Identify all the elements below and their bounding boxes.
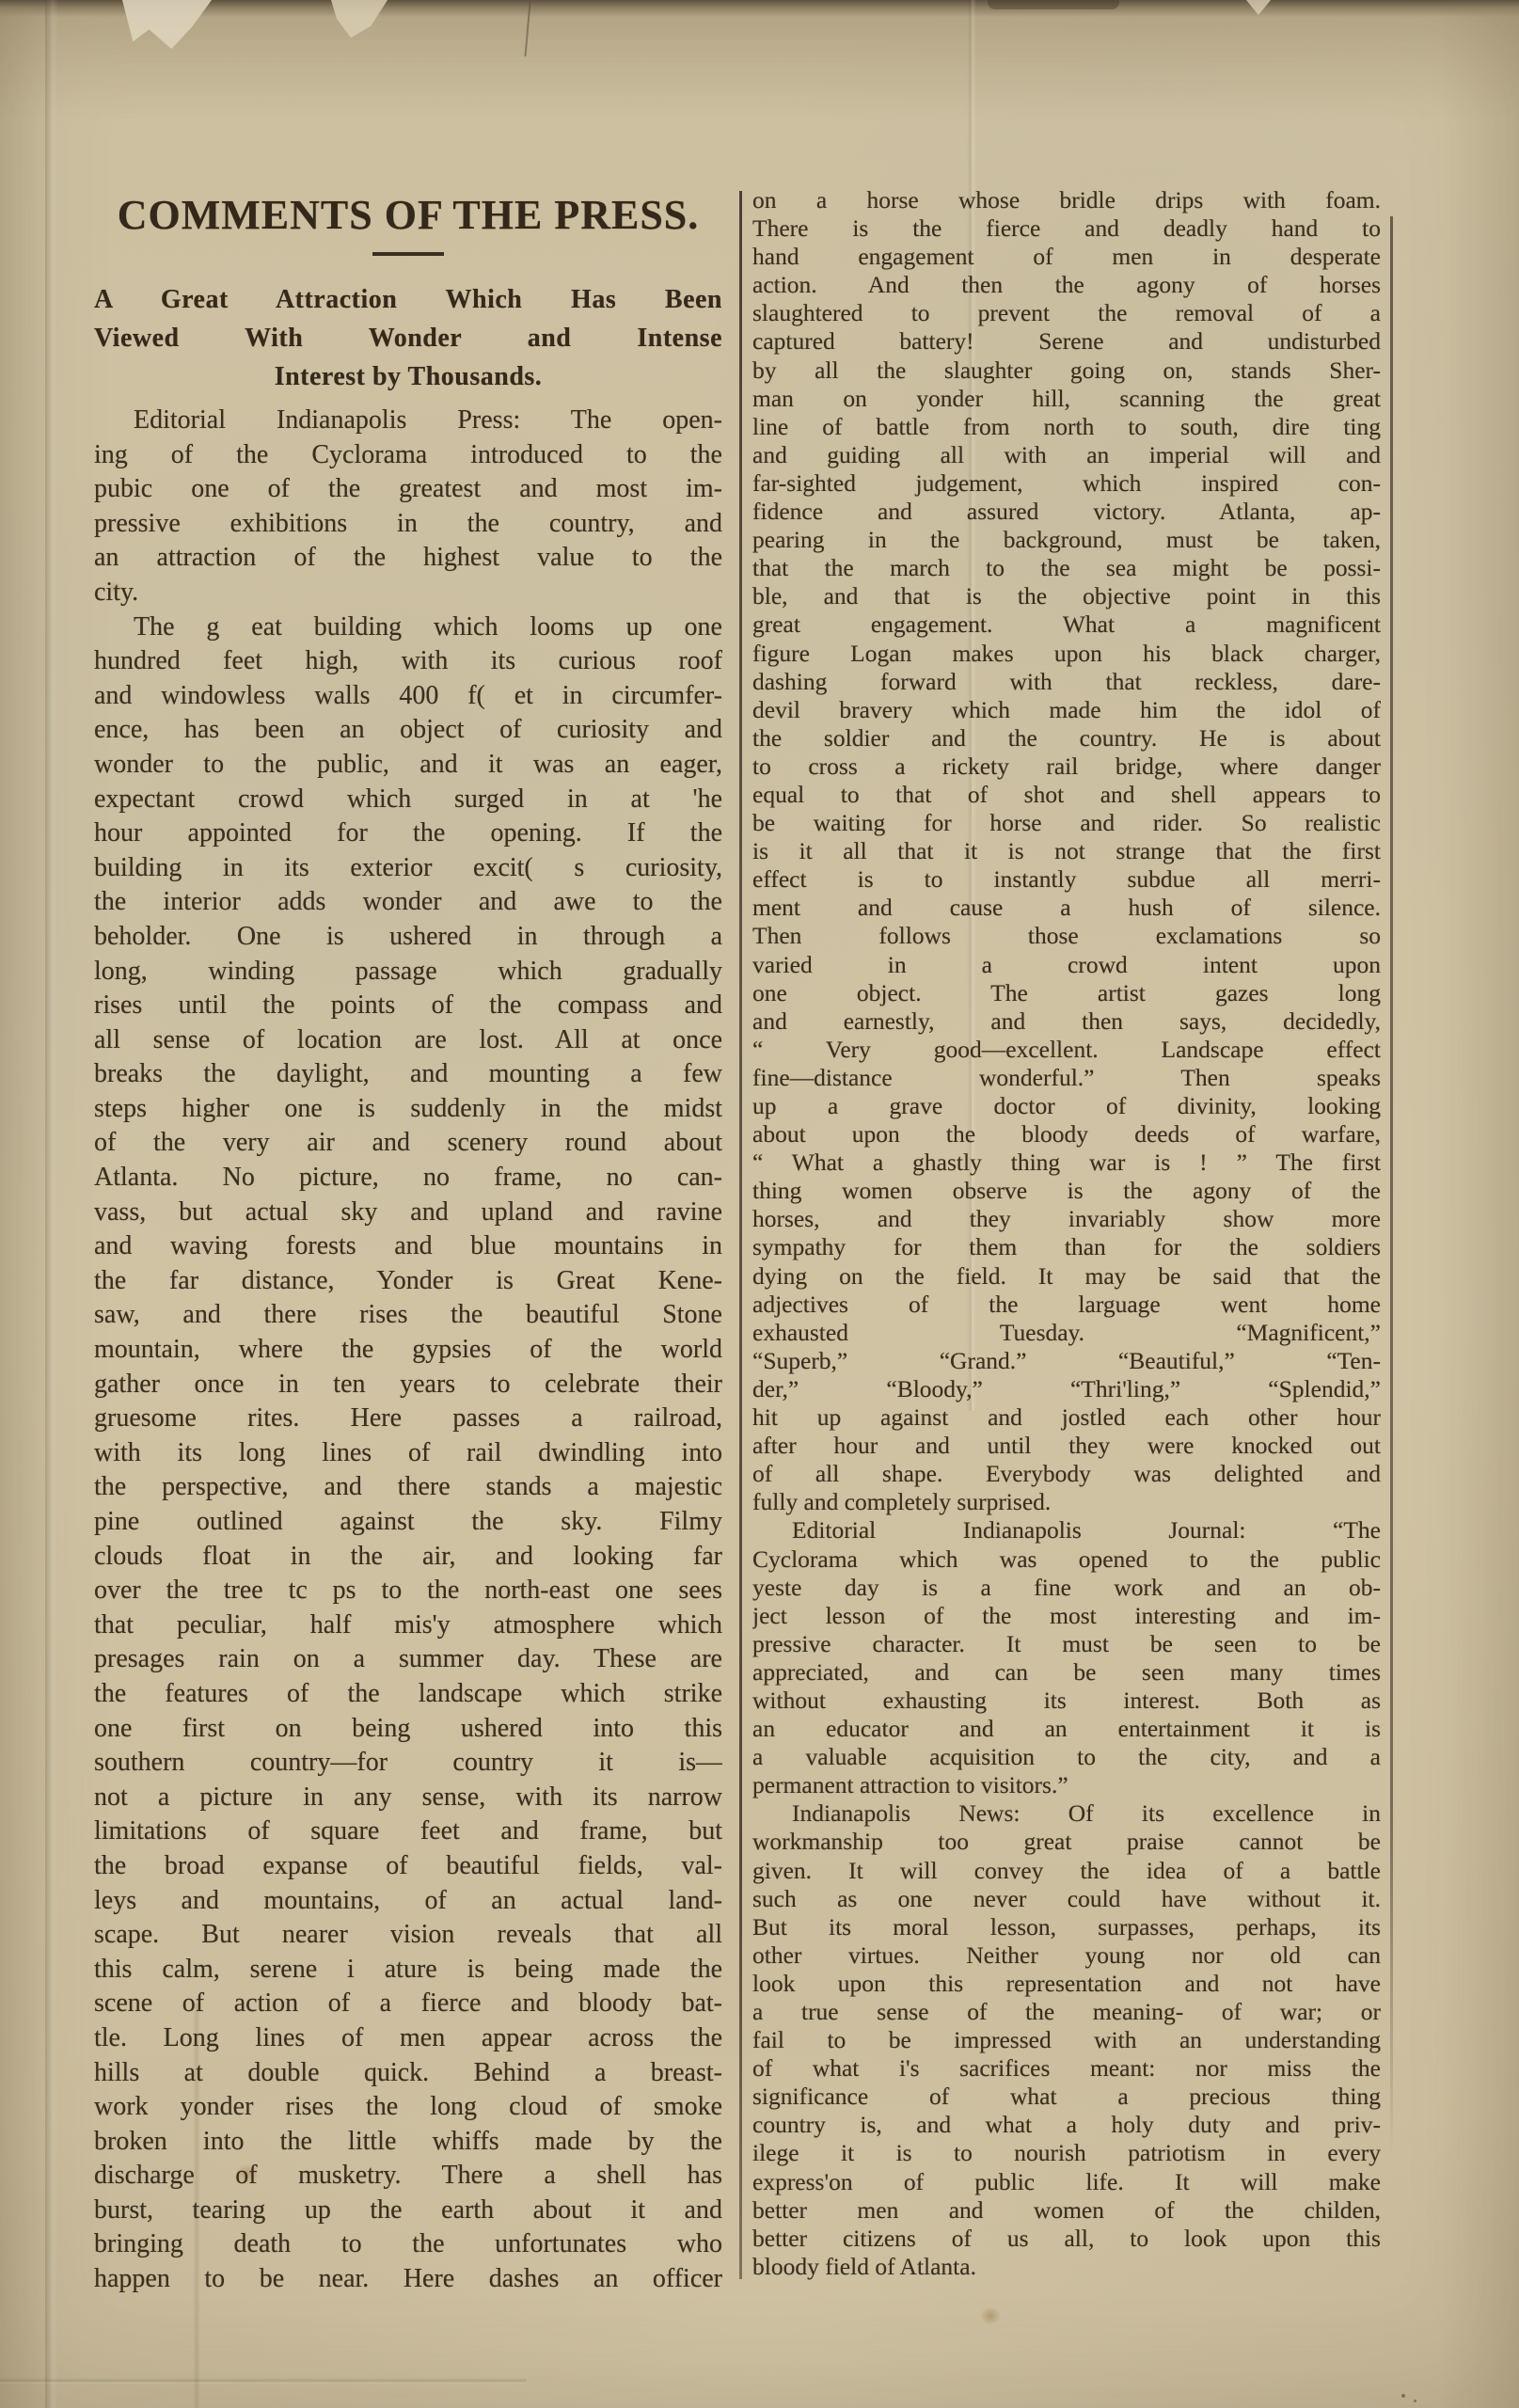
- text-line: country is, and what a holy duty and pri…: [752, 2111, 1381, 2139]
- column-divider-rule: [739, 191, 742, 2279]
- text-line: sympathy for them than for the soldiers: [752, 1233, 1381, 1261]
- text-line: But its moral lesson, surpasses, perhaps…: [752, 1913, 1381, 1941]
- text-line: slaughtered to prevent the removal of a: [752, 299, 1381, 327]
- text-line: saw, and there rises the beautiful Stone: [94, 1298, 722, 1333]
- text-line: thing women observe is the agony of the: [752, 1177, 1381, 1205]
- text-line: ject lesson of the most interesting and …: [752, 1602, 1381, 1630]
- text-line: fidence and assured victory. Atlanta, ap…: [752, 498, 1381, 526]
- text-line: equal to that of shot and shell appears …: [752, 781, 1381, 809]
- text-line: far-sighted judgement, which inspired co…: [752, 469, 1381, 498]
- text-line: ence, has been an object of curiosity an…: [94, 713, 722, 748]
- paragraph-indianapolis-news: Indianapolis News: Of its excellence inw…: [752, 1799, 1381, 2281]
- text-line: this calm, serene i ature is being made …: [94, 1953, 722, 1988]
- text-line: pubic one of the greatest and most im-: [94, 472, 722, 507]
- text-line: hundred feet high, with its curious roof: [94, 644, 722, 679]
- text-line: city.: [94, 576, 722, 610]
- text-line: bloody field of Atlanta.: [752, 2253, 1381, 2281]
- text-line: discharge of musketry. There a shell has: [94, 2159, 722, 2194]
- text-line: such as one never could have without it.: [752, 1885, 1381, 1913]
- text-line: better citizens of us all, to look upon …: [752, 2225, 1381, 2253]
- text-line: scape. But nearer vision reveals that al…: [94, 1918, 722, 1953]
- paper-shadow: [988, 0, 1119, 9]
- text-line: “Superb,” “Grand.” “Beautiful,” “Ten-: [752, 1347, 1381, 1375]
- text-line: the broad expanse of beautiful fields, v…: [94, 1849, 722, 1884]
- right-margin-rule: [1390, 216, 1393, 2154]
- text-line: pearing in the background, must be taken…: [752, 526, 1381, 554]
- text-line: happen to be near. Here dashes an office…: [94, 2262, 722, 2297]
- text-line: line of battle from north to south, dire…: [752, 413, 1381, 441]
- text-line: and windowless walls 400 f( et in circum…: [94, 679, 722, 714]
- text-line: over the tree tc ps to the north-east on…: [94, 1574, 722, 1608]
- article-subtitle: A Great Attraction Which Has BeenViewed …: [94, 280, 722, 396]
- text-line: that peculiar, half mis'y atmosphere whi…: [94, 1608, 722, 1643]
- text-line: better men and women of the childen,: [752, 2196, 1381, 2225]
- text-line: ment and cause a hush of silence.: [752, 894, 1381, 922]
- text-line: Cyclorama which was opened to the public: [752, 1545, 1381, 1574]
- text-line: broken into the little whiffs made by th…: [94, 2125, 722, 2160]
- text-line: look upon this representation and not ha…: [752, 1970, 1381, 1998]
- text-line: of all shape. Everybody was delighted an…: [752, 1460, 1381, 1488]
- text-line: without exhausting its interest. Both as: [752, 1687, 1381, 1715]
- text-line: burst, tearing up the earth about it and: [94, 2194, 722, 2228]
- text-line: hour appointed for the opening. If the: [94, 816, 722, 851]
- text-line: A Great Attraction Which Has Been: [94, 280, 722, 319]
- text-line: action. And then the agony of horses: [752, 271, 1381, 299]
- text-line: ilege it is to nourish patriotism in eve…: [752, 2139, 1381, 2167]
- text-line: clouds float in the air, and looking far: [94, 1540, 722, 1575]
- text-line: “ Very good—excellent. Landscape effect: [752, 1036, 1381, 1064]
- text-line: southern country—for country it is—: [94, 1746, 722, 1781]
- text-line: hills at double quick. Behind a breast-: [94, 2056, 722, 2091]
- text-line: limitations of square feet and frame, bu…: [94, 1814, 722, 1849]
- text-line: devil bravery which made him the idol of: [752, 696, 1381, 724]
- text-line: expectant crowd which surged in at 'he: [94, 783, 722, 817]
- text-line: wonder to the public, and it was an eage…: [94, 748, 722, 783]
- text-line: a valuable acquisition to the city, and …: [752, 1743, 1381, 1771]
- text-line: one first on being ushered into this: [94, 1712, 722, 1747]
- text-line: about upon the bloody deeds of warfare,: [752, 1120, 1381, 1149]
- paragraph-battle-description-continued: on a horse whose bridle drips with foam.…: [752, 186, 1381, 1516]
- text-line: horses, and they invariably show more: [752, 1205, 1381, 1233]
- text-line: workmanship too great praise cannot be: [752, 1828, 1381, 1856]
- text-line: Editorial Indianapolis Press: The open-: [94, 404, 722, 438]
- text-line: leys and mountains, of an actual land-: [94, 1884, 722, 1919]
- text-line: the far distance, Yonder is Great Kene-: [94, 1264, 722, 1299]
- text-line: scene of action of a fierce and bloody b…: [94, 1987, 722, 2021]
- text-line: There is the fierce and deadly hand to: [752, 214, 1381, 243]
- text-line: breaks the daylight, and mounting a few: [94, 1057, 722, 1092]
- text-line: up a grave doctor of divinity, looking: [752, 1092, 1381, 1120]
- text-line: “ What a ghastly thing war is ! ” The fi…: [752, 1149, 1381, 1177]
- text-line: long, winding passage which gradually: [94, 955, 722, 990]
- text-line: mountain, where the gypsies of the world: [94, 1333, 722, 1368]
- text-line: gather once in ten years to celebrate th…: [94, 1368, 722, 1402]
- text-line: presages rain on a summer day. These are: [94, 1642, 722, 1677]
- paper-tear: [122, 0, 212, 49]
- text-line: rises until the points of the compass an…: [94, 989, 722, 1023]
- text-line: permanent attraction to visitors.”: [752, 1771, 1381, 1799]
- paragraph-indianapolis-press: Editorial Indianapolis Press: The open-i…: [94, 404, 722, 610]
- text-line: ing of the Cyclorama introduced to the: [94, 438, 722, 473]
- text-line: the perspective, and there stands a maje…: [94, 1470, 722, 1505]
- text-line: ble, and that is the objective point in …: [752, 582, 1381, 610]
- text-line: tle. Long lines of men appear across the: [94, 2021, 722, 2056]
- text-line: gruesome rites. Here passes a railroad,: [94, 1402, 722, 1436]
- text-line: not a picture in any sense, with its nar…: [94, 1781, 722, 1815]
- text-line: the features of the landscape which stri…: [94, 1677, 722, 1712]
- text-line: an educator and an entertainment it is: [752, 1715, 1381, 1743]
- text-line: fully and completely surprised.: [752, 1488, 1381, 1516]
- text-line: significance of what a precious thing: [752, 2083, 1381, 2111]
- text-line: by all the slaughter going on, stands Sh…: [752, 356, 1381, 385]
- text-line: Indianapolis News: Of its excellence in: [752, 1799, 1381, 1828]
- text-line: Viewed With Wonder and Intense: [94, 319, 722, 357]
- text-line: of the very air and scenery round about: [94, 1126, 722, 1161]
- text-line: and earnestly, and then says, decidedly,: [752, 1007, 1381, 1036]
- text-line: other virtues. Neither young nor old can: [752, 1941, 1381, 1970]
- text-line: captured battery! Serene and undisturbed: [752, 327, 1381, 356]
- text-line: vass, but actual sky and upland and ravi…: [94, 1196, 722, 1230]
- text-line: exhausted Tuesday. “Magnificent,”: [752, 1319, 1381, 1347]
- text-line: adjectives of the larguage went home: [752, 1291, 1381, 1319]
- horizontal-crease: [0, 2378, 527, 2384]
- text-line: the soldier and the country. He is about: [752, 724, 1381, 752]
- text-line: and guiding all with an imperial will an…: [752, 441, 1381, 469]
- text-line: building in its exterior excit( s curios…: [94, 851, 722, 886]
- heading-divider-rule: [372, 252, 444, 256]
- text-line: hit up against and jostled each other ho…: [752, 1403, 1381, 1432]
- text-line: pine outlined against the sky. Filmy: [94, 1505, 722, 1540]
- text-line: all sense of location are lost. All at o…: [94, 1023, 722, 1058]
- text-line: with its long lines of rail dwindling in…: [94, 1436, 722, 1471]
- text-line: Then follows those exclamations so: [752, 922, 1381, 950]
- paper-speck: [1414, 2400, 1416, 2402]
- text-line: hand engagement of men in desperate: [752, 243, 1381, 271]
- text-line: given. It will convey the idea of a batt…: [752, 1857, 1381, 1885]
- paragraph-indianapolis-journal: Editorial Indianapolis Journal: “TheCycl…: [752, 1516, 1381, 1799]
- paper-tear: [331, 0, 388, 38]
- text-line: steps higher one is suddenly in the mids…: [94, 1092, 722, 1127]
- text-line: to cross a rickety rail bridge, where da…: [752, 752, 1381, 781]
- text-line: that the march to the sea might be possi…: [752, 554, 1381, 582]
- text-line: dying on the field. It may be said that …: [752, 1262, 1381, 1291]
- text-line: one object. The artist gazes long: [752, 979, 1381, 1007]
- text-line: and waving forests and blue mountains in: [94, 1229, 722, 1264]
- text-line: on a horse whose bridle drips with foam.: [752, 186, 1381, 214]
- article-title: COMMENTS OF THE PRESS.: [94, 194, 722, 237]
- text-line: the interior adds wonder and awe to the: [94, 885, 722, 920]
- text-line: dashing forward with that reckless, dare…: [752, 668, 1381, 696]
- text-line: appreciated, and can be seen many times: [752, 1658, 1381, 1687]
- text-line: express'on of public life. It will make: [752, 2168, 1381, 2196]
- text-line: after hour and until they were knocked o…: [752, 1432, 1381, 1460]
- text-line: der,” “Bloody,” “Thri'ling,” “Splendid,”: [752, 1375, 1381, 1403]
- text-line: figure Logan makes upon his black charge…: [752, 640, 1381, 668]
- text-line: work yonder rises the long cloud of smok…: [94, 2090, 722, 2125]
- left-column: COMMENTS OF THE PRESS. A Great Attractio…: [94, 194, 722, 2297]
- newspaper-clipping-scan: COMMENTS OF THE PRESS. A Great Attractio…: [0, 0, 1519, 2408]
- text-line: a true sense of the meaning- of war; or: [752, 1998, 1381, 2026]
- text-line: is it all that it is not strange that th…: [752, 837, 1381, 865]
- text-line: Interest by Thousands.: [94, 357, 722, 396]
- text-line: fine—distance wonderful.” Then speaks: [752, 1064, 1381, 1092]
- text-line: effect is to instantly subdue all merri-: [752, 865, 1381, 894]
- paper-stain: [980, 2306, 1001, 2325]
- paragraph-building-description: The g eat building which looms up onehun…: [94, 610, 722, 2297]
- text-line: of what i's sacrifices meant: nor miss t…: [752, 2054, 1381, 2083]
- text-line: great engagement. What a magnificent: [752, 610, 1381, 639]
- text-line: man on yonder hill, scanning the great: [752, 385, 1381, 413]
- text-line: The g eat building which looms up one: [94, 610, 722, 645]
- text-line: pressive exhibitions in the country, and: [94, 507, 722, 542]
- text-line: Editorial Indianapolis Journal: “The: [752, 1516, 1381, 1545]
- text-line: be waiting for horse and rider. So reali…: [752, 809, 1381, 837]
- text-line: fail to be impressed with an understandi…: [752, 2026, 1381, 2054]
- text-line: an attraction of the highest value to th…: [94, 541, 722, 576]
- torn-top-edge: [0, 0, 1519, 17]
- text-line: Atlanta. No picture, no frame, no can-: [94, 1161, 722, 1196]
- right-column: on a horse whose bridle drips with foam.…: [752, 186, 1381, 2281]
- text-line: pressive character. It must be seen to b…: [752, 1630, 1381, 1658]
- text-line: varied in a crowd intent upon: [752, 951, 1381, 979]
- text-line: beholder. One is ushered in through a: [94, 920, 722, 955]
- paper-speck: [1401, 2394, 1405, 2398]
- left-fold-crease: [45, 0, 58, 2408]
- text-line: yeste day is a fine work and an ob-: [752, 1574, 1381, 1602]
- text-line: bringing death to the unfortunates who: [94, 2227, 722, 2262]
